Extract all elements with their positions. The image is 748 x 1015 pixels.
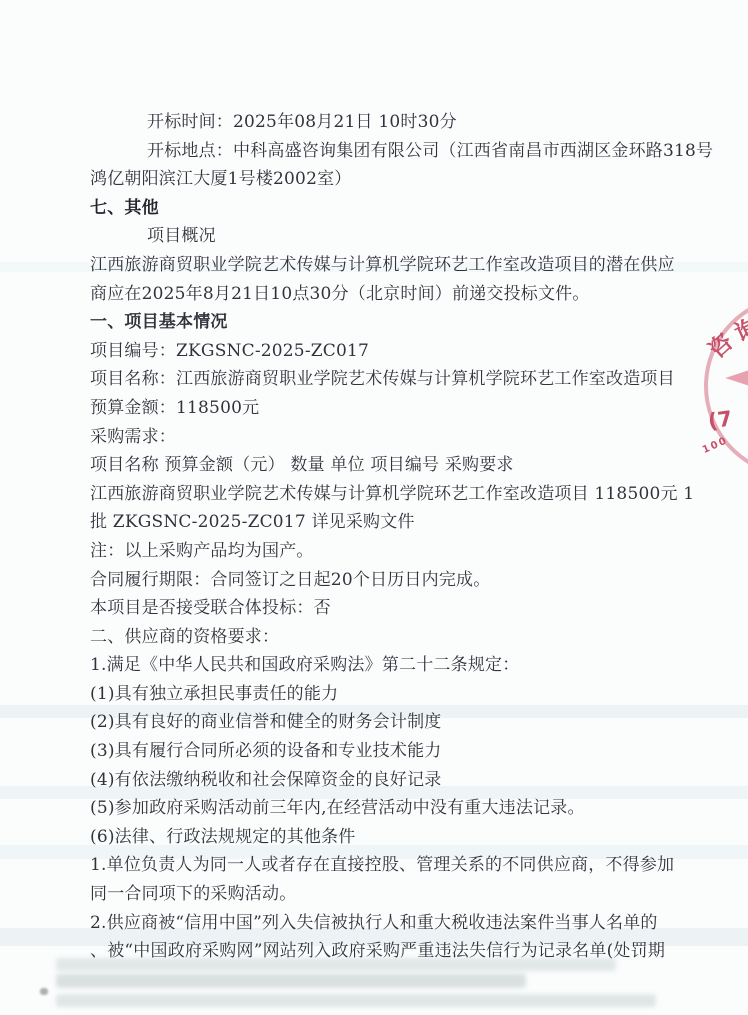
doc-line: 商应在2025年8月21日10点30分（北京时间）前递交投标文件。 xyxy=(90,280,690,309)
doc-line: 二、供应商的资格要求： xyxy=(90,623,690,652)
doc-line: 开标地点：中科高盛咨询集团有限公司（江西省南昌市西湖区金环路318号 xyxy=(90,137,690,166)
doc-line: (1)具有独立承担民事责任的能力 xyxy=(90,680,690,709)
doc-line: (6)法律、行政法规规定的其他条件 xyxy=(90,823,690,852)
doc-line: 采购需求： xyxy=(90,423,690,452)
doc-line: 项目名称 预算金额（元） 数量 单位 项目编号 采购要求 xyxy=(90,451,690,480)
doc-line: 七、其他 xyxy=(90,194,690,223)
doc-line: 鸿亿朝阳滨江大厦1号楼2002室） xyxy=(90,165,690,194)
doc-line: 2.供应商被“信用中国”列入失信被执行人和重大税收违法案件当事人名单的 xyxy=(90,909,690,938)
document-text-body: 开标时间：2025年08月21日 10时30分开标地点：中科高盛咨询集团有限公司… xyxy=(90,108,690,966)
doc-line: 合同履行期限：合同签订之日起20个日历日内完成。 xyxy=(90,566,690,595)
scanned-document-page: 开标时间：2025年08月21日 10时30分开标地点：中科高盛咨询集团有限公司… xyxy=(0,0,748,1015)
doc-line: 本项目是否接受联合体投标：否 xyxy=(90,594,690,623)
seal-character: 询 xyxy=(728,309,748,349)
doc-line: 一、项目基本情况 xyxy=(90,308,690,337)
doc-line: 开标时间：2025年08月21日 10时30分 xyxy=(90,108,690,137)
seal-code-text: (7 xyxy=(706,406,733,433)
doc-line: 项目名称：江西旅游商贸职业学院艺术传媒与计算机学院环艺工作室改造项目 xyxy=(90,365,690,394)
doc-line: (3)具有履行合同所必须的设备和专业技术能力 xyxy=(90,737,690,766)
doc-line: 项目概况 xyxy=(90,222,690,251)
doc-line: 、被“中国政府采购网”网站列入政府采购严重违法失信行为记录名单(处罚期 xyxy=(90,937,690,966)
doc-line: 1.满足《中华人民共和国政府采购法》第二十二条规定： xyxy=(90,651,690,680)
official-red-seal-partial: ★ 咨 询 (7 100 xyxy=(690,290,748,490)
bleed-through-smudge xyxy=(56,994,656,1007)
bleed-through-mark xyxy=(40,988,48,995)
doc-line: (4)有依法缴纳税收和社会保障资金的良好记录 xyxy=(90,766,690,795)
seal-small-digits: 100 xyxy=(701,435,730,456)
bleed-through-smudge xyxy=(56,974,526,988)
doc-line: (2)具有良好的商业信誉和健全的财务会计制度 xyxy=(90,708,690,737)
seal-ring xyxy=(704,295,748,477)
doc-line: 注：以上采购产品均为国产。 xyxy=(90,537,690,566)
doc-line: 1.单位负责人为同一人或者存在直接控股、管理关系的不同供应商，不得参加 xyxy=(90,851,690,880)
doc-line: (5)参加政府采购活动前三年内,在经营活动中没有重大违法记录。 xyxy=(90,794,690,823)
doc-line: 江西旅游商贸职业学院艺术传媒与计算机学院环艺工作室改造项目 118500元 1 xyxy=(90,480,690,509)
doc-line: 批 ZKGSNC-2025-ZC017 详见采购文件 xyxy=(90,508,690,537)
seal-star-icon: ★ xyxy=(712,324,748,432)
doc-line: 项目编号：ZKGSNC-2025-ZC017 xyxy=(90,337,690,366)
doc-line: 同一合同项下的采购活动。 xyxy=(90,880,690,909)
doc-line: 江西旅游商贸职业学院艺术传媒与计算机学院环艺工作室改造项目的潜在供应 xyxy=(90,251,690,280)
doc-line: 预算金额：118500元 xyxy=(90,394,690,423)
seal-character: 咨 xyxy=(700,325,739,365)
